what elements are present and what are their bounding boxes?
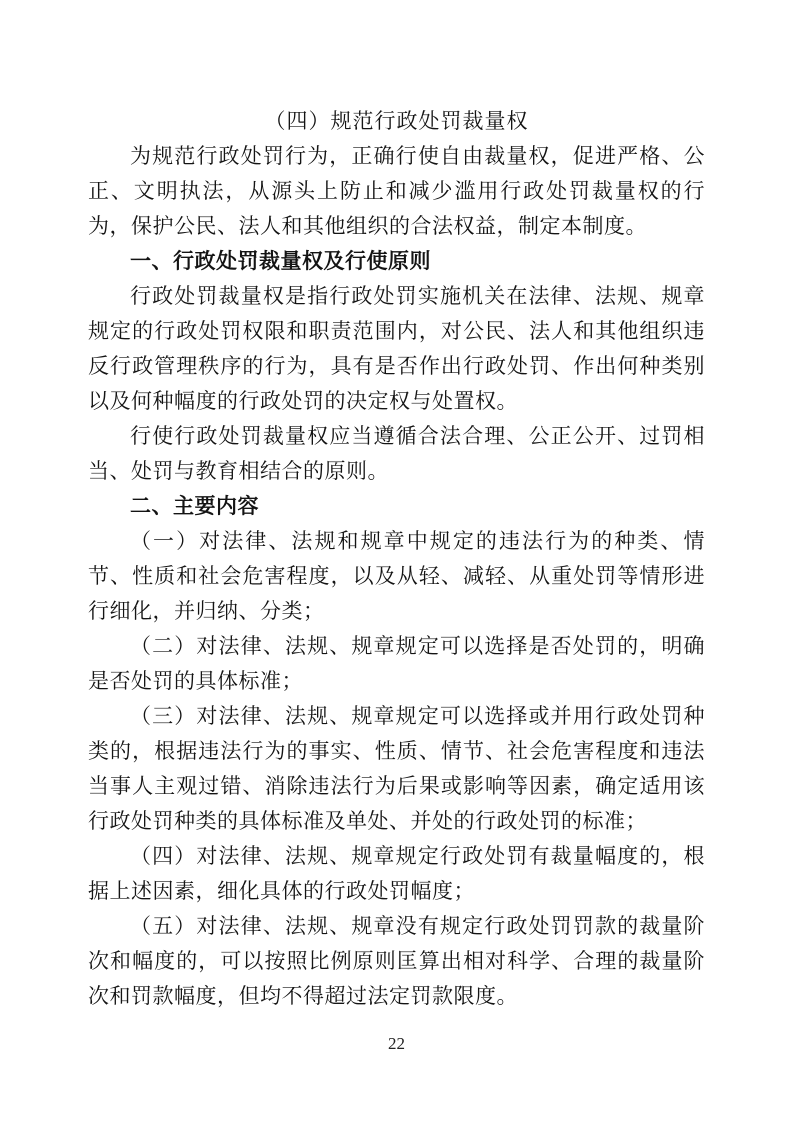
page-number: 22 [0, 1033, 793, 1055]
paragraph-definition: 行政处罚裁量权是指行政处罚实施机关在法律、法规、规章规定的行政处罚权限和职责范围… [88, 279, 705, 419]
list-item-1: （一）对法律、法规和规章中规定的违法行为的种类、情节、性质和社会危害程度，以及从… [88, 524, 705, 629]
list-item-5: （五）对法律、法规、规章没有规定行政处罚罚款的裁量阶次和幅度的，可以按照比例原则… [88, 909, 705, 1014]
list-item-3: （三）对法律、法规、规章规定可以选择或并用行政处罚种类的，根据违法行为的事实、性… [88, 699, 705, 839]
document-page: （四）规范行政处罚裁量权 为规范行政处罚行为，正确行使自由裁量权，促进严格、公正… [0, 0, 793, 1122]
heading-main-content: 二、主要内容 [88, 489, 705, 524]
list-item-2: （二）对法律、法规、规章规定可以选择是否处罚的，明确是否处罚的具体标准； [88, 629, 705, 699]
list-item-4: （四）对法律、法规、规章规定行政处罚有裁量幅度的，根据上述因素，细化具体的行政处… [88, 839, 705, 909]
section-title: （四）规范行政处罚裁量权 [88, 104, 705, 139]
paragraph-intro: 为规范行政处罚行为，正确行使自由裁量权，促进严格、公正、文明执法，从源头上防止和… [88, 139, 705, 244]
paragraph-principles: 行使行政处罚裁量权应当遵循合法合理、公正公开、过罚相当、处罚与教育相结合的原则。 [88, 419, 705, 489]
heading-discretion-principles: 一、行政处罚裁量权及行使原则 [88, 244, 705, 279]
